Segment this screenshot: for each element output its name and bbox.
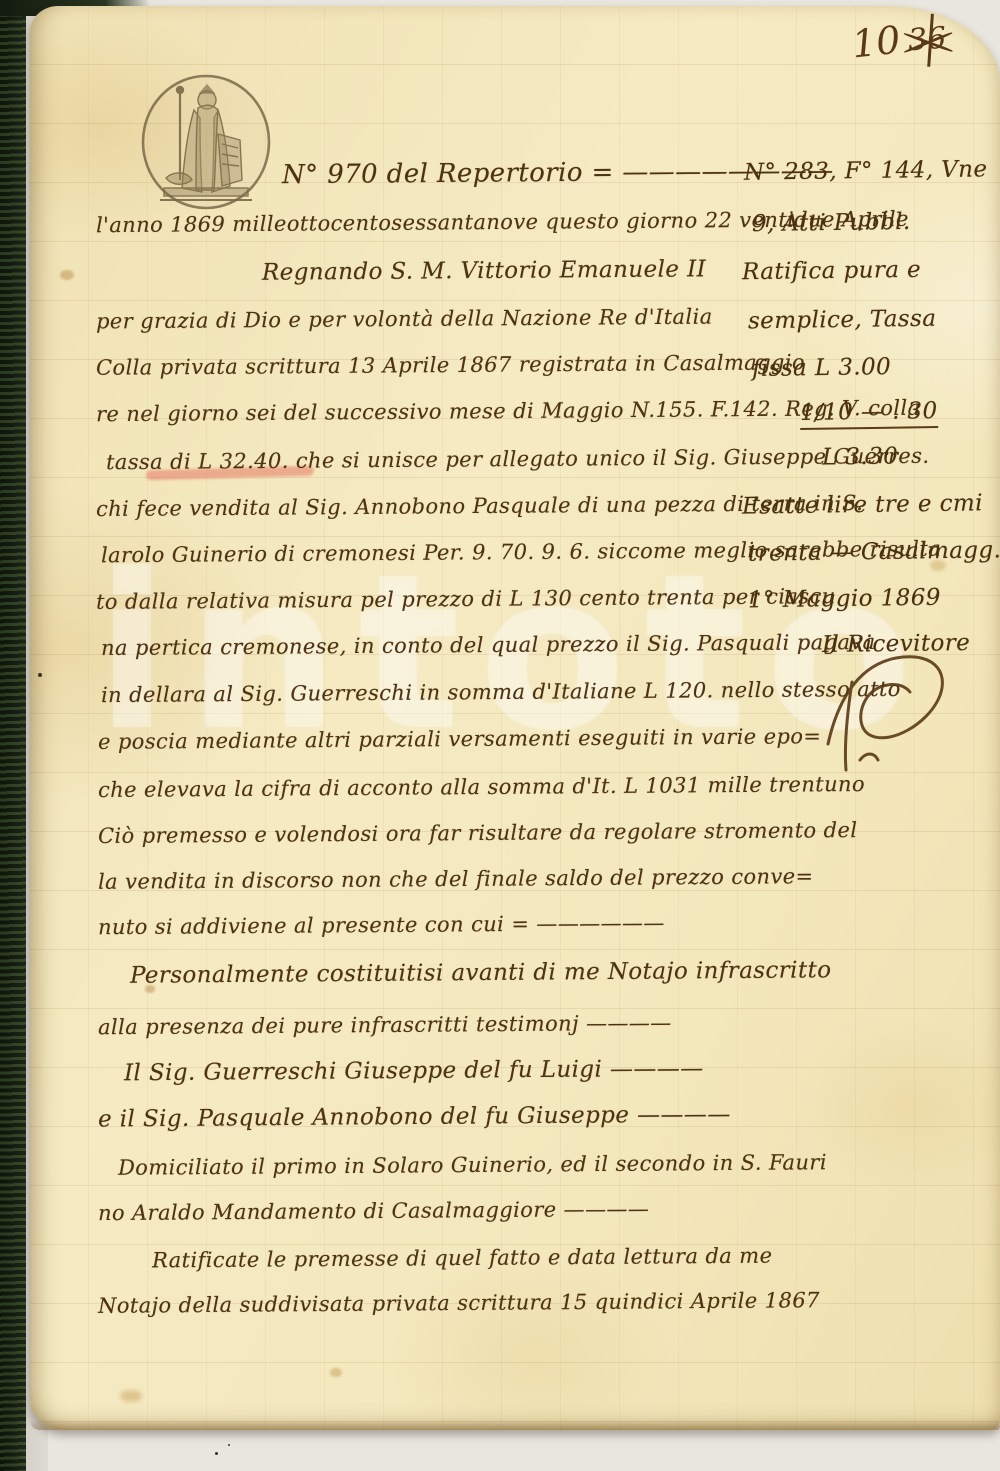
page-number: 10: [850, 18, 903, 67]
margin-note-date: 1° Maggio 1869: [748, 585, 941, 614]
receiver-signature: [800, 648, 970, 788]
crossed-out-number: 36: [907, 21, 948, 59]
scan-background-edge: [0, 0, 26, 1471]
revenue-stamp: [130, 60, 286, 224]
manuscript-line: nuto si addiviene al presente con cui = …: [98, 911, 665, 939]
manuscript-line: per grazia di Dio e per volontà della Na…: [96, 305, 713, 334]
speck: [38, 673, 42, 677]
manuscript-line: e il Sig. Pasquale Annobono del fu Giuse…: [98, 1102, 731, 1133]
manuscript-line: Regnando S. M. Vittorio Emanuele II: [262, 256, 706, 285]
margin-note: N° 283, F° 144, Vne: [744, 156, 988, 185]
manuscript-line: no Araldo Mandamento di Casalmaggiore ——…: [98, 1197, 649, 1225]
speck: [228, 1444, 230, 1446]
manuscript-line: alla presenza dei pure infrascritti test…: [98, 1011, 672, 1040]
margin-note: 9, Atti Pubbl.: [752, 209, 911, 237]
margin-note-tax-total: L 3.30: [822, 443, 899, 470]
margin-note: fissa L 3.00: [752, 354, 891, 382]
margin-note: Esatte lire tre e cmi: [742, 490, 983, 519]
manuscript-line: Ratificate le premesse di quel fatto e d…: [152, 1244, 773, 1273]
margin-note-tax-tenth: 1/10 — . 30: [800, 398, 938, 430]
manuscript-line: Il Sig. Guerreschi Giuseppe del fu Luigi…: [124, 1056, 704, 1087]
margin-note: Ratifica pura e: [742, 257, 921, 285]
margin-note: trenta — Casalmagg.: [748, 537, 1000, 567]
margin-note: semplice, Tassa: [748, 306, 937, 335]
speck: [215, 1452, 218, 1455]
manuscript-line: Personalmente costituitisi avanti di me …: [130, 957, 832, 989]
